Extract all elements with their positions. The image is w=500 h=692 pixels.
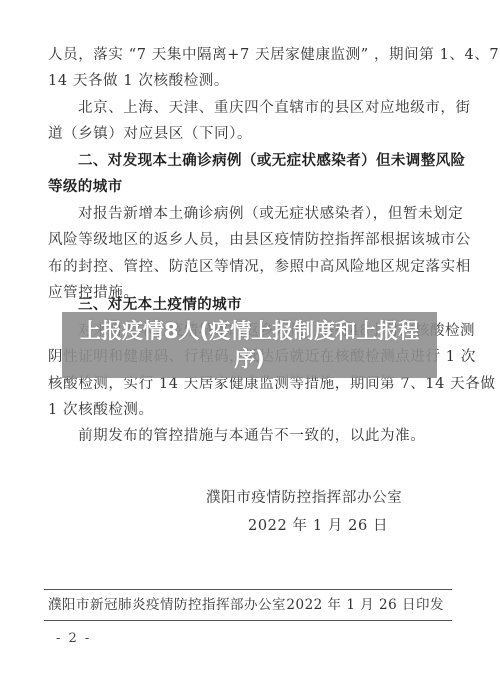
body-line-2: 14 天各做 1 次核酸检测。 <box>48 68 458 94</box>
body-line-3: 北京、上海、天津、重庆四个直辖市的县区对应地级市，街 <box>78 95 488 121</box>
footer-issue-date: 2022 年 1 月 26 日印发 <box>286 593 444 617</box>
body-line-1: 人员，落实 “7 天集中隔离+7 天居家健康监测” ，期间第 1、4、7、 <box>48 42 458 68</box>
headline-title: 上报疫情8人(疫情上报制度和上报程序) <box>74 317 425 373</box>
footer-top-rule <box>44 589 452 590</box>
document-page: 人员，落实 “7 天集中隔离+7 天居家健康监测” ，期间第 1、4、7、 14… <box>0 0 500 692</box>
body-line-4: 道（乡镇）对应县区（下同）。 <box>48 121 458 147</box>
signature-organization: 濮阳市疫情防控指挥部办公室 <box>206 485 402 511</box>
section-heading-2: 二、对发现本土确诊病例（或无症状感染者）但未调整风险 <box>78 148 488 174</box>
section-heading-2-cont: 等级的城市 <box>48 174 458 200</box>
page-number: - 2 - <box>56 628 91 650</box>
headline-overlay[interactable]: 上报疫情8人(疫情上报制度和上报程序) <box>62 312 437 378</box>
body-line-15: 1 次核酸检测。 <box>48 397 458 423</box>
body-line-7: 对报告新增本土确诊病例（或无症状感染者），但暂未划定 <box>78 201 488 227</box>
body-line-8: 风险等级地区的返乡人员，由县区疫情防控指挥部根据该城市公 <box>48 227 458 253</box>
footer-issuer: 濮阳市新冠肺炎疫情防控指挥部办公室 <box>48 593 286 617</box>
signature-date: 2022 年 1 月 26 日 <box>248 513 388 539</box>
footer-bottom-rule <box>44 620 452 621</box>
closing-statement: 前期发布的管控措施与本通告不一致的，以此为准。 <box>78 423 488 449</box>
body-line-9: 布的封控、管控、防范区等情况，参照中高风险地区规定落实相 <box>48 254 458 280</box>
